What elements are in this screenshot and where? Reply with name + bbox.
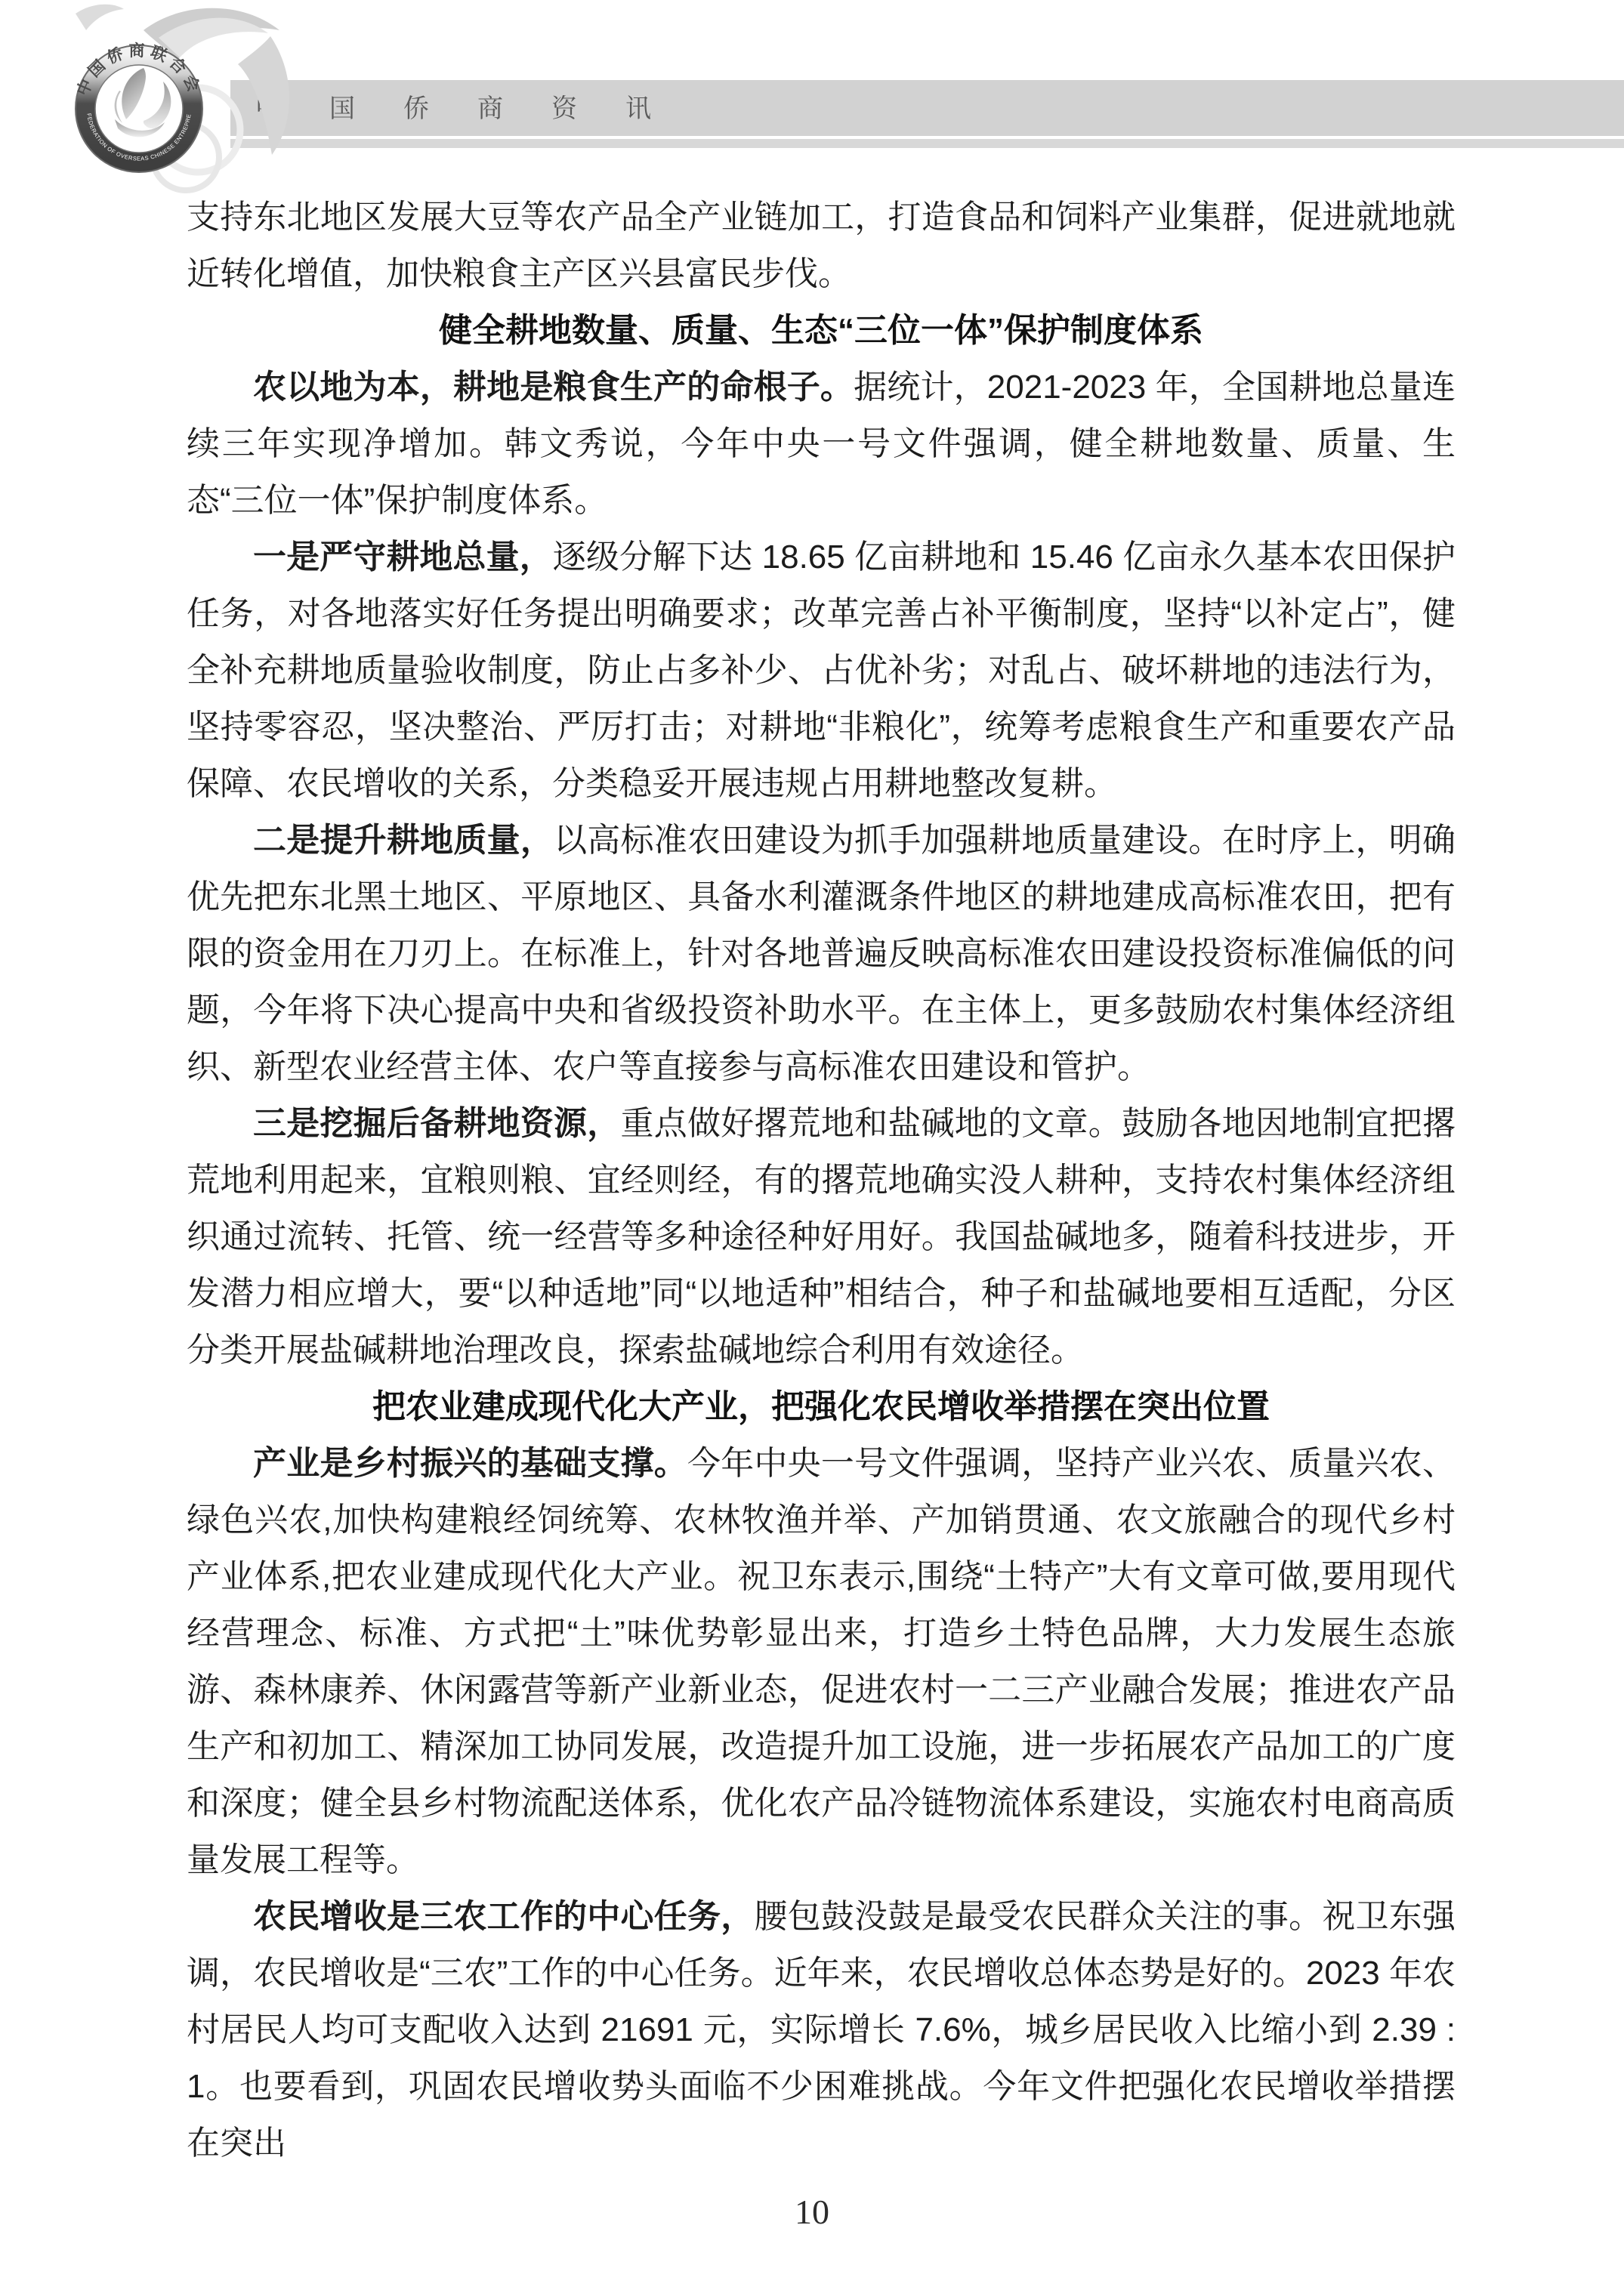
paragraph-text: 逐级分解下达 18.65 亿亩耕地和 15.46 亿亩永久基本农田保护任务，对各…: [187, 539, 1456, 802]
paragraph: 农民增收是三农工作的中心任务，腰包鼓没鼓是最受农民群众关注的事。祝卫东强调，农民…: [187, 1888, 1456, 2171]
paragraph-text: 重点做好撂荒地和盐碱地的文章。鼓励各地因地制宜把撂荒地利用起来，宜粮则粮、宜经则…: [187, 1105, 1456, 1369]
paragraph-text: 支持东北地区发展大豆等农产品全产业链加工，打造食品和饲料产业集群，促进就地就近转…: [187, 199, 1456, 292]
paragraph: 三是挖掘后备耕地资源，重点做好撂荒地和盐碱地的文章。鼓励各地因地制宜把撂荒地利用…: [187, 1095, 1456, 1378]
paragraph-text: 今年中央一号文件强调，坚持产业兴农、质量兴农、绿色兴农,加快构建粮经饲统筹、农林…: [187, 1445, 1456, 1878]
document-page: 中国侨商资讯: [0, 0, 1624, 2293]
paragraph-lead: 农以地为本，耕地是粮食生产的命根子。: [253, 369, 854, 406]
paragraph-lead: 一是严守耕地总量，: [253, 539, 553, 576]
header-band: 中国侨商资讯: [230, 80, 1624, 136]
paragraph-continuation: 支持东北地区发展大豆等农产品全产业链加工，打造食品和饲料产业集群，促进就地就近转…: [187, 189, 1456, 302]
page-number: 10: [0, 2192, 1624, 2232]
article-body: 支持东北地区发展大豆等农产品全产业链加工，打造食品和饲料产业集群，促进就地就近转…: [187, 189, 1456, 2171]
paragraph-lead: 农民增收是三农工作的中心任务，: [253, 1898, 754, 1935]
paragraph-lead: 二是提升耕地质量，: [253, 822, 554, 859]
paragraph-lead: 产业是乡村振兴的基础支撑。: [253, 1445, 687, 1482]
paragraph: 一是严守耕地总量，逐级分解下达 18.65 亿亩耕地和 15.46 亿亩永久基本…: [187, 529, 1456, 812]
paragraph-lead: 三是挖掘后备耕地资源，: [253, 1105, 621, 1142]
paragraph-text: 腰包鼓没鼓是最受农民群众关注的事。祝卫东强调，农民增收是“三农”工作的中心任务。…: [187, 1898, 1456, 2162]
section-heading-2: 把农业建成现代化大产业，把强化农民增收举措摆在突出位置: [187, 1378, 1456, 1435]
paragraph-text: 以高标准农田建设为抓手加强耕地质量建设。在时序上，明确优先把东北黑土地区、平原地…: [187, 822, 1456, 1085]
section-heading-1: 健全耕地数量、质量、生态“三位一体”保护制度体系: [187, 302, 1456, 359]
paragraph: 产业是乡村振兴的基础支撑。今年中央一号文件强调，坚持产业兴农、质量兴农、绿色兴农…: [187, 1435, 1456, 1888]
header-band-underline: [230, 139, 1624, 148]
cfoce-logo: 中国侨商联合会 CHINA FEDERATION OF OVERSEAS CHI…: [30, 0, 347, 196]
paragraph: 农以地为本，耕地是粮食生产的命根子。据统计，2021-2023 年，全国耕地总量…: [187, 359, 1456, 529]
paragraph: 二是提升耕地质量，以高标准农田建设为抓手加强耕地质量建设。在时序上，明确优先把东…: [187, 812, 1456, 1095]
